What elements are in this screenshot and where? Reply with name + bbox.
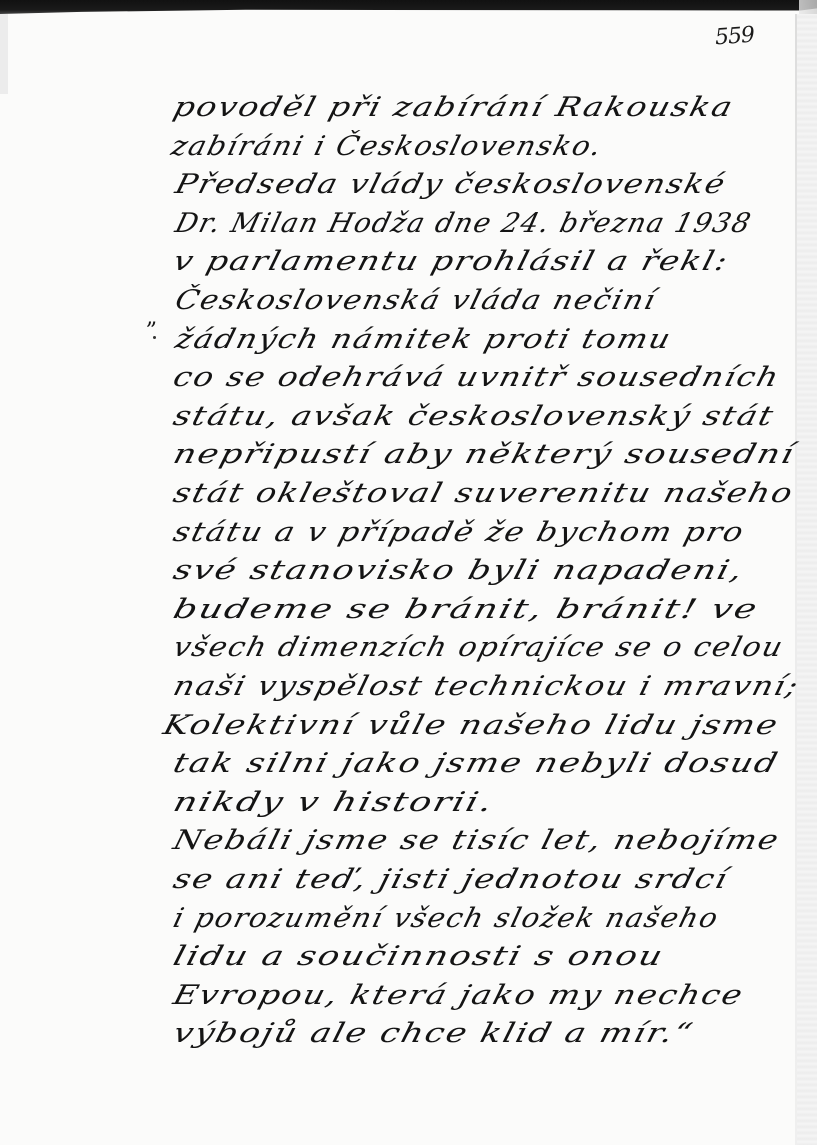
handwritten-line: povoděl při zabírání Rakouska bbox=[170, 92, 737, 123]
handwritten-line: Dr. Milan Hodža dne 24. března 1938 bbox=[172, 208, 755, 239]
handwritten-line: zabíráni i Československo. bbox=[168, 131, 606, 162]
handwritten-line: své stanovisko byli napadeni, bbox=[170, 555, 747, 586]
handwritten-line: naši vyspělost technickou i mravní; bbox=[170, 671, 803, 702]
handwritten-line: výbojů ale chce klid a mír.“ bbox=[170, 1018, 697, 1049]
handwritten-line: Kolektivní vůle našeho lidu jsme bbox=[160, 710, 782, 741]
handwritten-line: nikdy v historii. bbox=[170, 787, 497, 818]
handwritten-line: Nebáli jsme se tisíc let, nebojíme bbox=[170, 825, 783, 856]
handwritten-line: budeme se bránit, bránit! ve bbox=[170, 594, 762, 625]
handwritten-line: tak silni jako jsme nebyli dosud bbox=[170, 748, 782, 779]
handwritten-line: žádných námitek proti tomu bbox=[172, 324, 675, 355]
handwritten-line: státu, avšak československý stát bbox=[170, 401, 778, 432]
handwritten-line: lidu a součinnosti s onou bbox=[170, 941, 667, 972]
handwritten-line: státu a v případě že bychom pro bbox=[170, 517, 748, 548]
handwritten-line: Evropou, která jako my nechce bbox=[170, 980, 747, 1011]
handwritten-line: se ani teď, jisti jednotou srdcí bbox=[170, 864, 732, 895]
handwritten-line: nepřipustí aby některý sousední bbox=[170, 439, 798, 470]
handwritten-line: stát okleštoval suverenitu našeho bbox=[170, 478, 797, 509]
handwritten-line: všech dimenzích opírajíce se o celou bbox=[170, 632, 787, 663]
handwritten-line: Československá vláda nečiní bbox=[172, 285, 660, 316]
handwritten-line: co se odehrává uvnitř sousedních bbox=[170, 362, 783, 393]
handwritten-line: Předseda vlády československé bbox=[172, 169, 729, 200]
scanned-page: 559 „ povoděl při zabírání Rakouskazabír… bbox=[0, 0, 817, 1145]
handwritten-line: v parlamentu prohlásil a řekl: bbox=[170, 246, 732, 277]
handwritten-line: i porozumění všech složek našeho bbox=[170, 903, 722, 934]
handwritten-text: povoděl při zabírání Rakouskazabíráni i … bbox=[0, 0, 817, 1145]
